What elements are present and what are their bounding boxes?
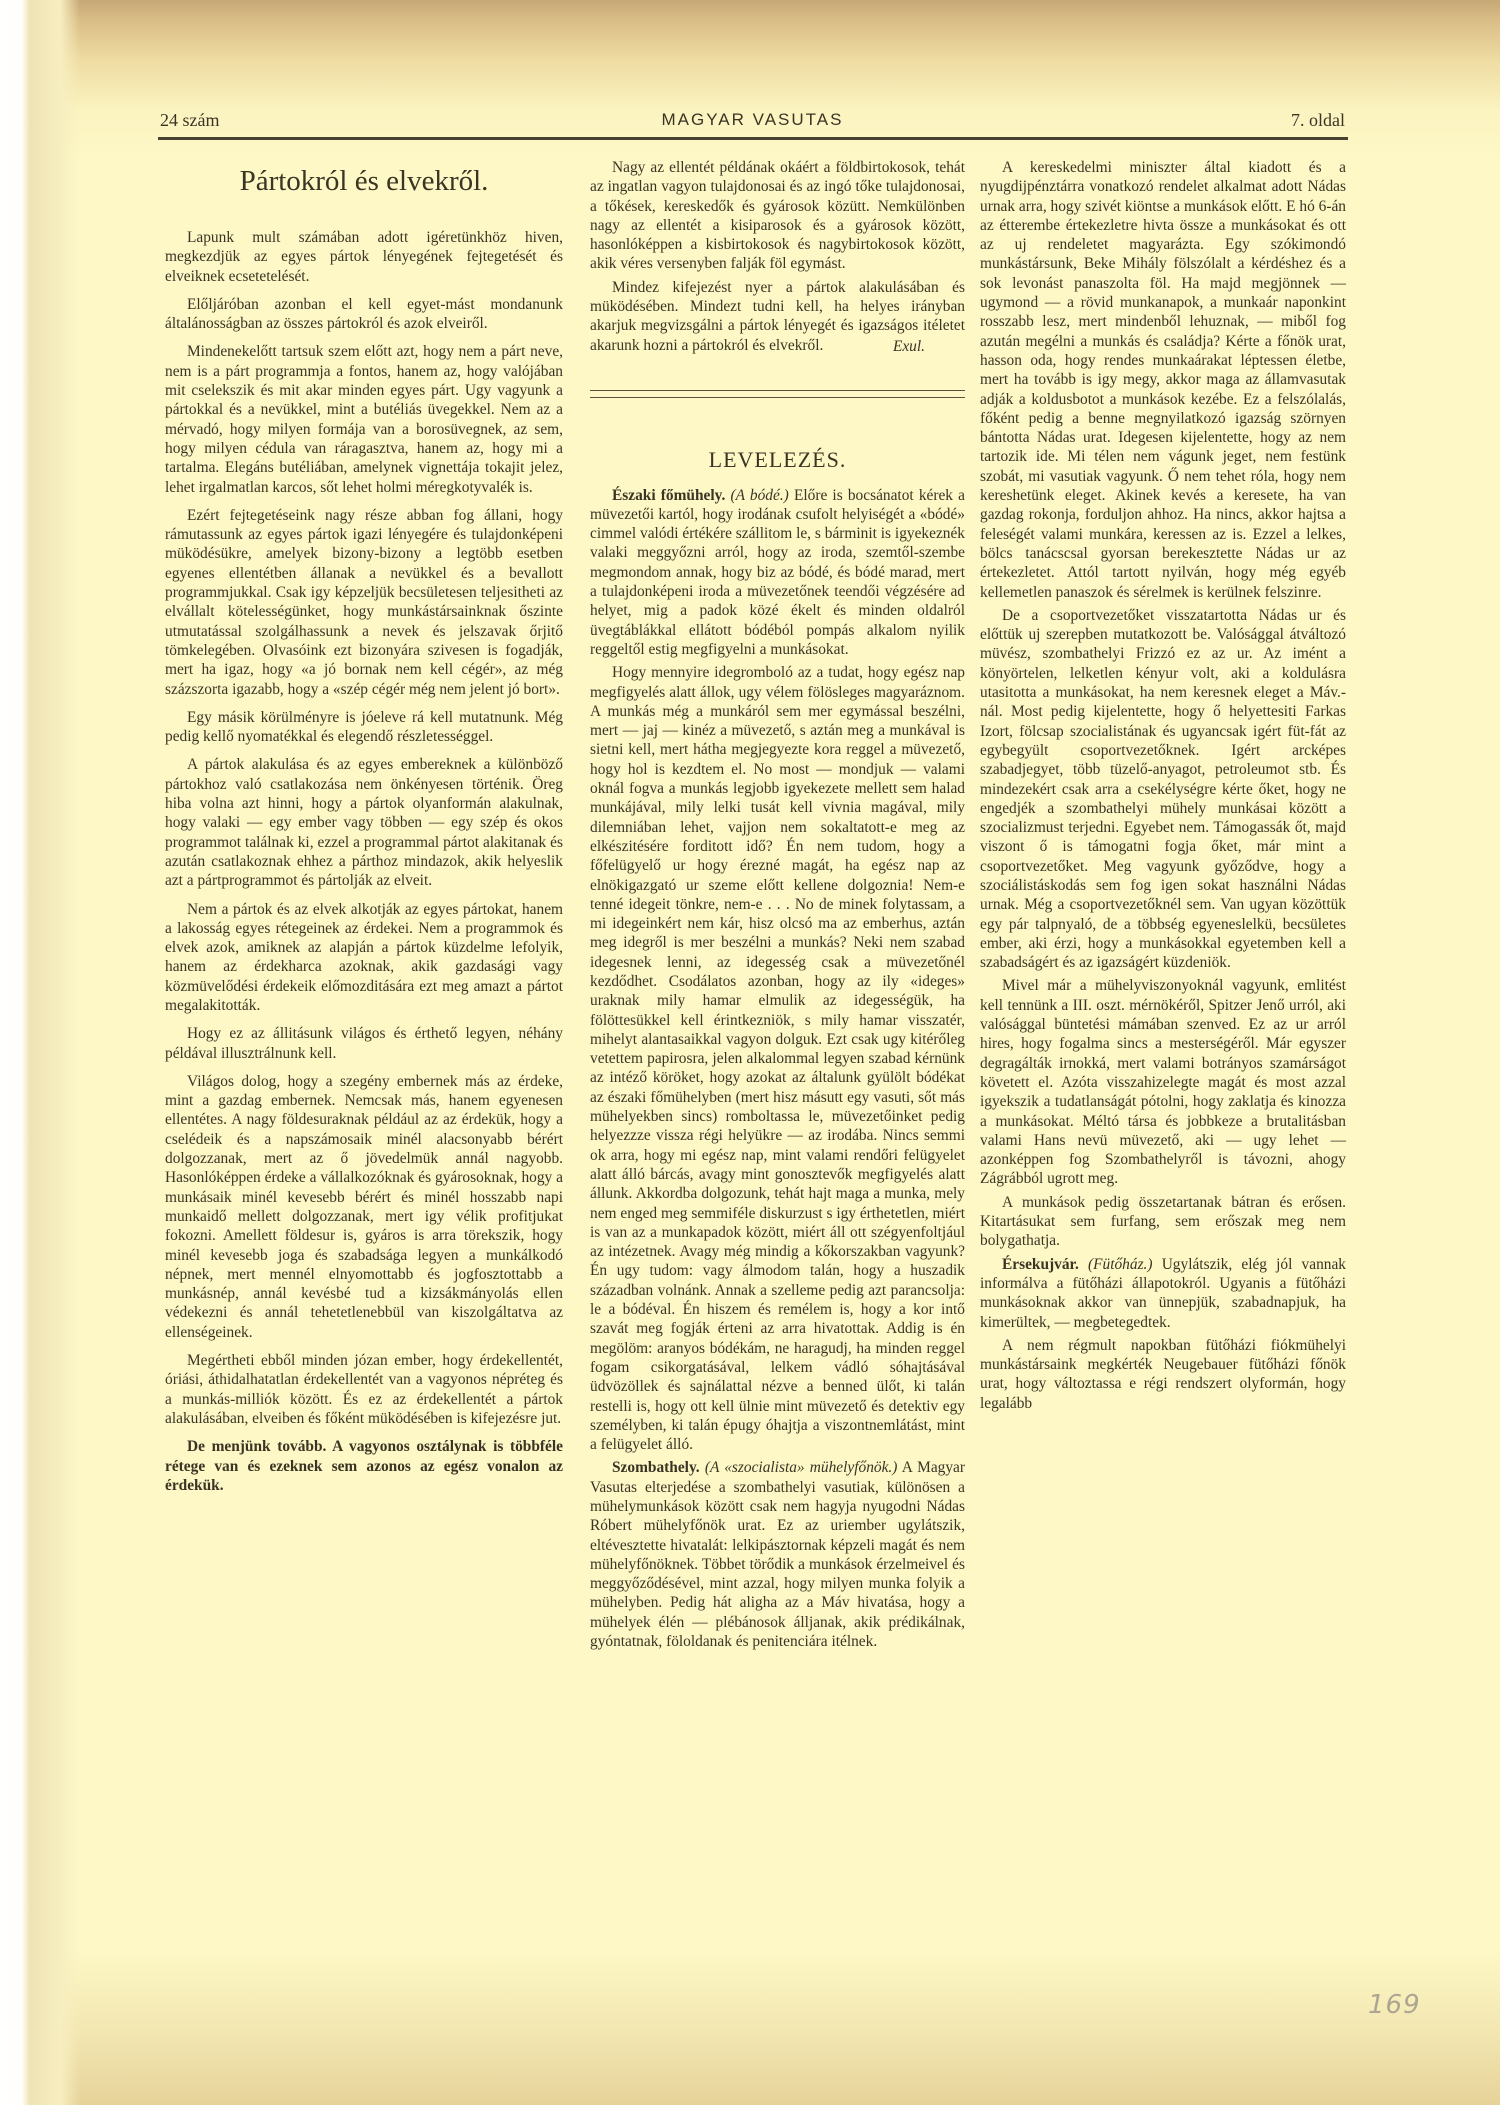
article-paragraph: Nagy az ellentét példának okáért a földb… (590, 158, 965, 274)
column-3: A kereskedelmi miniszter által kiadott é… (980, 158, 1346, 1413)
letter-ersekujvar: Érsekujvár. (Fütőház.) Ugylátszik, elég … (980, 1255, 1346, 1332)
section-heading: LEVELEZÉS. (590, 450, 965, 469)
column-2: Nagy az ellentét példának okáért a földb… (590, 158, 965, 1651)
letter-paragraph: De a csoportvezetőket visszatartotta Nád… (980, 606, 1346, 973)
letter-place: Északi főmühely. (612, 487, 725, 504)
article-paragraph: Mindenekelőtt tartsuk szem előtt azt, ho… (165, 342, 563, 496)
article-paragraph: A pártok alakulása és az egyes emberekne… (165, 755, 563, 890)
page-number: 7. oldal (1291, 110, 1345, 131)
letter-subtitle: (A bódé.) (731, 487, 789, 504)
article-paragraph: Hogy ez az állitásunk világos és érthető… (165, 1024, 563, 1063)
letter-szombathely: Szombathely. (A «szocialista» mühelyfőnö… (590, 1458, 965, 1651)
letter-text: A Magyar Vasutas elterjedése a szombathe… (590, 1459, 965, 1650)
paper-torn-edge (0, 0, 80, 2105)
letter-text: Előre is bocsánatot kérek a müvezetői ka… (590, 487, 965, 658)
column-1: Pártokról és elvekről. Lapunk mult számá… (165, 150, 563, 1495)
article-paragraph: Ezért fejtegetéseink nagy része abban fo… (165, 506, 563, 699)
letter-subtitle: (Fütőház.) (1088, 1256, 1153, 1273)
article-paragraph: Előljáróban azonban el kell egyet-mást m… (165, 295, 563, 334)
section-divider (590, 390, 965, 398)
handwritten-page-note: 169 (1368, 1990, 1421, 2020)
masthead-rule (158, 137, 1348, 140)
letter-place: Szombathely. (612, 1459, 700, 1476)
letter-paragraph: A nem régmult napokban fütőházi fiókmühe… (980, 1336, 1346, 1413)
letter-place: Érsekujvár. (1002, 1256, 1079, 1273)
letter-paragraph: Hogy mennyire idegromboló az a tudat, ho… (590, 663, 965, 1454)
masthead: 24 szám MAGYAR VASUTAS 7. oldal (160, 110, 1345, 140)
letter-paragraph: A munkások pedig összetartanak bátran és… (980, 1193, 1346, 1251)
letter-subtitle: (A «szocialista» mühelyfőnök.) (705, 1459, 898, 1476)
article-paragraph: Nem a pártok és az elvek alkotják az egy… (165, 900, 563, 1016)
article-paragraph: Megértheti ebből minden józan ember, hog… (165, 1351, 563, 1428)
article-paragraph: Világos dolog, hogy a szegény embernek m… (165, 1072, 563, 1342)
letter-northern-workshop: Északi főmühely. (A bódé.) Előre is bocs… (590, 486, 965, 660)
letter-paragraph: A kereskedelmi miniszter által kiadott é… (980, 158, 1346, 602)
article-paragraph: De menjünk tovább. A vagyonos osztálynak… (165, 1437, 563, 1495)
letter-paragraph: Mivel már a mühelyviszonyoknál vagyunk, … (980, 976, 1346, 1188)
article-paragraph: Egy másik körülményre is jóeleve rá kell… (165, 708, 563, 747)
newspaper-title: MAGYAR VASUTAS (160, 110, 1345, 130)
article-paragraph: Lapunk mult számában adott igéretünkhöz … (165, 228, 563, 286)
article-title: Pártokról és elvekről. (165, 164, 563, 198)
